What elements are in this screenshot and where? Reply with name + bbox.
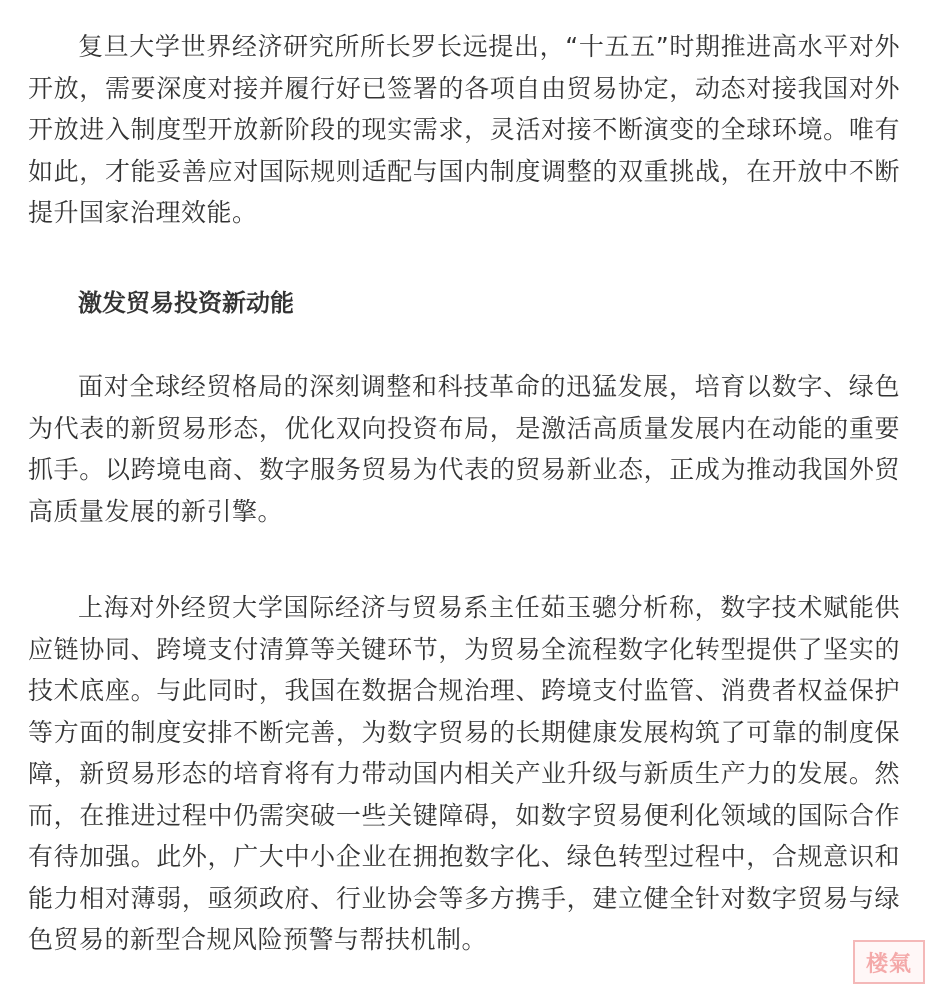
section-heading: 激发贸易投资新动能 [78,282,294,324]
watermark-seal-icon: 楼氣 [853,940,925,984]
paragraph-luo-changyuan: 复旦大学世界经济研究所所长罗长远提出，“十五五”时期推进高水平对外开放，需要深度… [28,26,900,234]
watermark-seal-text: 楼氣 [866,947,912,978]
paragraph-ru-yucong: 上海对外经贸大学国际经济与贸易系主任茹玉骢分析称，数字技术赋能供应链协同、跨境支… [28,587,900,961]
paragraph-new-trade-forms: 面对全球经贸格局的深刻调整和科技革命的迅猛发展，培育以数字、绿色为代表的新贸易形… [28,366,900,532]
